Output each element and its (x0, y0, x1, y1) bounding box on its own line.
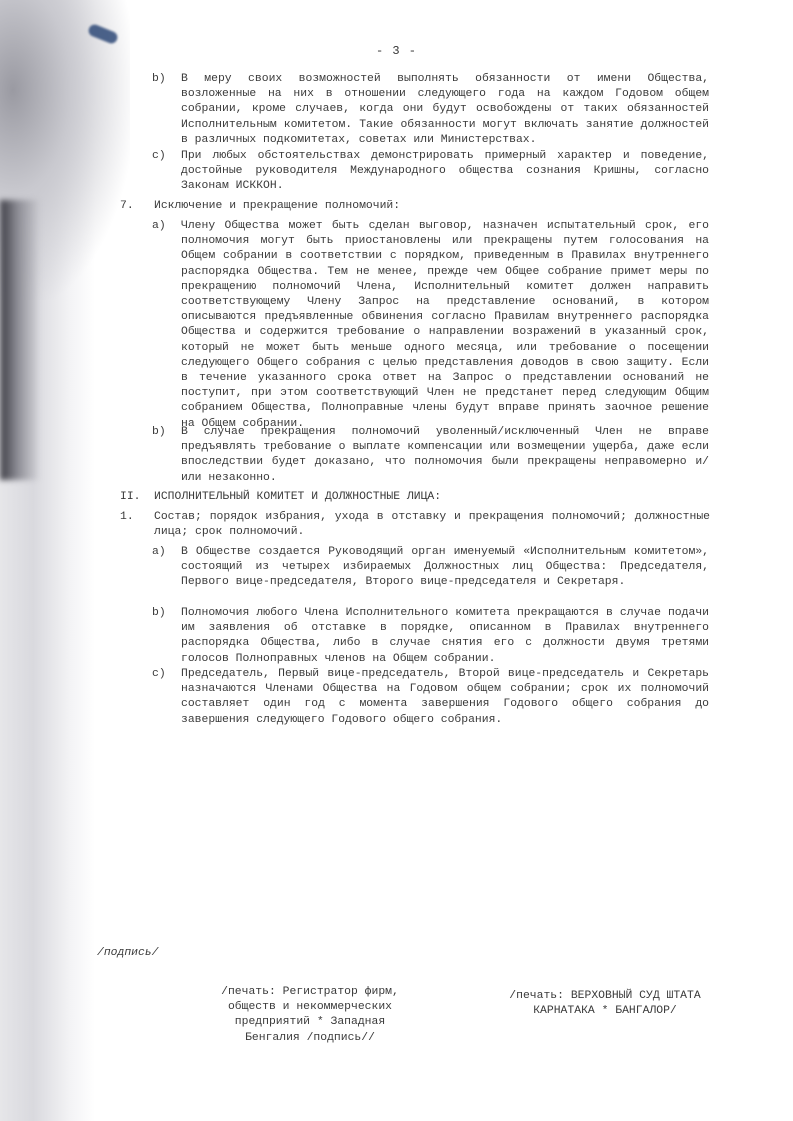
scan-shadow-edge (0, 200, 40, 480)
item-marker: a) (152, 219, 166, 234)
clause-1-heading: Состав; порядок избрания, ухода в отстав… (154, 510, 710, 540)
page-number: - 3 - (0, 44, 793, 58)
stamp-left-line: Бенгалия /подпись// (190, 1031, 430, 1046)
stamp-left: /печать: Регистратор фирм, обществ и нек… (190, 985, 430, 1046)
paragraph-item-b-duties: В меру своих возможностей выполнять обяз… (181, 72, 709, 148)
paragraph-clause-1-a: В Обществе создается Руководящий орган и… (181, 545, 709, 591)
clause-marker: 7. (120, 199, 134, 214)
item-marker: c) (152, 149, 166, 164)
paragraph-clause-1-b: Полномочия любого Члена Исполнительного … (181, 606, 709, 667)
stamp-right-line: /печать: ВЕРХОВНЫЙ СУД ШТАТА (485, 989, 725, 1004)
item-marker: b) (152, 425, 166, 440)
item-marker: b) (152, 72, 166, 87)
clause-marker: 1. (120, 510, 134, 525)
stamp-left-line: обществ и некоммерческих (190, 1000, 430, 1015)
paragraph-clause-1-c: Председатель, Первый вице-председатель, … (181, 667, 709, 728)
paragraph-clause-7-a: Члену Общества может быть сделан выговор… (181, 219, 709, 432)
item-marker: a) (152, 545, 166, 560)
clause-7-heading: Исключение и прекращение полномочий: (154, 199, 710, 214)
signature-note: /подпись/ (97, 946, 159, 961)
item-marker: b) (152, 606, 166, 621)
stamp-right: /печать: ВЕРХОВНЫЙ СУД ШТАТА КАРНАТАКА *… (485, 989, 725, 1019)
section-marker: II. (120, 490, 141, 505)
item-marker: c) (152, 667, 166, 682)
section-II-heading: ИСПОЛНИТЕЛЬНЫЙ КОМИТЕТ И ДОЛЖНОСТНЫЕ ЛИЦ… (154, 490, 710, 505)
stamp-right-line: КАРНАТАКА * БАНГАЛОР/ (485, 1004, 725, 1019)
stamp-left-line: /печать: Регистратор фирм, (190, 985, 430, 1000)
stamp-left-line: предприятий * Западная (190, 1015, 430, 1030)
paragraph-item-c-conduct: При любых обстоятельствах демонстрироват… (181, 149, 709, 195)
paragraph-clause-7-b: В случае прекращения полномочий уволенны… (181, 425, 709, 486)
